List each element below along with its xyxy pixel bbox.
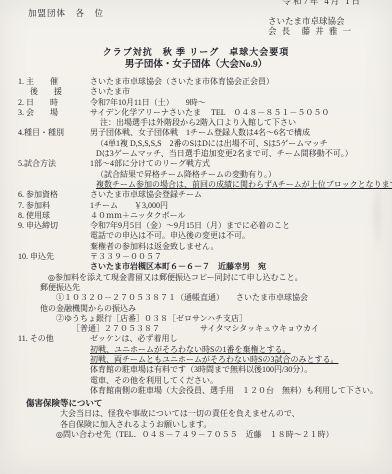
item-label	[0, 365, 90, 375]
item-text-underlined: 初戦、両チームともユニホームがそろわない時Sの3試合のみとする。	[90, 355, 392, 365]
item-row-deadline-note2: 棄権者の参加料は返金致しません。	[0, 242, 392, 252]
item-text: 男子団体戦、女子団体戦 1チーム登録人数は4名～6名で構成	[90, 128, 392, 138]
item-label: 4.種目・種別	[0, 128, 90, 138]
item-label: 8. 使用球	[0, 211, 90, 221]
item-label: 6. 参加資格	[0, 190, 90, 200]
doc-subtitle: 男子団体・女子団体（大会No.9）	[0, 56, 392, 70]
contact-line: ◎問い合わせ先（TEL．０４８－７４９－７０５５ 近藤 １８時～２１時）	[0, 430, 392, 440]
item-label	[0, 149, 90, 159]
item-row-support: 後 援 さいたま市	[0, 87, 392, 97]
insurance-line: 大会当日は、怪我や事故については一切の責任を負えませんので、	[0, 409, 392, 419]
item-text: （4単1複 D,S,S,S,S 2番のSはDには出場不可、Sは5ゲームマッチ	[90, 139, 392, 149]
item-label	[0, 180, 90, 190]
document-body: 1. 主 催 さいたま市卓球協会（さいたま市体育協会正会員） 後 援 さいたま市…	[0, 77, 392, 440]
item-text: （試合結果で昇格チーム降格チームの変動有り。）	[90, 170, 392, 180]
postal-transfer-label: 郵便振込先	[0, 283, 392, 293]
item-label: 10. 申込先	[0, 252, 90, 262]
item-row-apply-address: さいたま市岩槻区本町６－６－７ 近藤幸男 宛	[0, 262, 392, 272]
item-text: 注：出場選手は外階段から2階入口より入館して下さい	[90, 118, 392, 128]
item-row-format-rule: 複数チーム参加の場合は、前回の成績に関わらずAチームが上位ブロックとなります。	[0, 180, 392, 190]
item-text: 1チーム ￥3,000円	[90, 201, 392, 211]
item-text: 1部～4部に分けてのリーグ戦方式	[90, 159, 392, 169]
item-label	[0, 262, 90, 272]
item-row-events-note1: （4単1複 D,S,S,S,S 2番のSはDには出場不可、Sは5ゲームマッチ	[0, 139, 392, 149]
item-label: 1. 主 催	[0, 77, 90, 87]
item-label: 11. その他	[0, 334, 90, 344]
issue-date: 令和7年 4月 1日	[282, 0, 362, 7]
item-row-parking2: 電車、その他を利用してください。	[0, 376, 392, 386]
bank-account-line: ［普通］２７０５３８７ サイタマシタッキュウキョウカイ	[0, 324, 392, 334]
item-row-events-note2: Dは3ゲームマッチ、当日選手追加変更2名まで可、チーム間移動不可。）	[0, 149, 392, 159]
postal-account-line: ①１０３２０－２７０５３８７１（通帳直通） さいたま市卓球協会	[0, 293, 392, 303]
item-text: 令和7年10月11日（土） 9時～	[90, 98, 392, 108]
insurance-heading: 傷害保険等について	[0, 398, 392, 409]
item-label: 9. 申込締切	[0, 221, 90, 231]
item-row-parking1: 体育館の駐車場は有料です（3時間まで無料以後100円/30分）。	[0, 365, 392, 375]
item-row-parking3: 体育館南側の駐車場（大会役員、選手用 １２０台 無料）も利用して下さい。	[0, 386, 392, 396]
item-label: 後 援	[0, 87, 90, 97]
insurance-line: 各自保険に加入されるようお願いします。	[0, 420, 392, 430]
item-label: 7. 参加料	[0, 201, 90, 211]
item-text: 令和7年9月5日（金）～9月15日（月）までに必着のこと	[90, 221, 392, 231]
item-row-apply-zip: 10. 申込先 〒３３９－００５７	[0, 252, 392, 262]
other-bank-label: 他の金融機関からの振込み	[0, 304, 392, 314]
item-row-datetime: 2. 日 時 令和7年10月11日（土） 9時～	[0, 98, 392, 108]
item-label	[0, 386, 90, 396]
item-text: Dは3ゲームマッチ、当日選手追加変更2名まで可、チーム間移動不可。）	[90, 149, 392, 159]
item-label	[0, 242, 90, 252]
item-text: サイデン化学アリーナさいたま TEL ０４８－８５１－５０５０	[90, 108, 392, 118]
item-text-bold: さいたま市岩槻区本町６－６－７ 近藤幸男 宛	[90, 262, 392, 272]
item-text: さいたま市卓球協会（さいたま市体育協会正会員）	[90, 77, 392, 87]
item-row-format-note: （試合結果で昇格チーム降格チームの変動有り。）	[0, 170, 392, 180]
bank-branch-line: ②ゆうちょ銀行［店番］０３８［ゼロサンハチ支店］	[0, 314, 392, 324]
item-row-other-rule1: 初戦、ユニホームがそろわない時Sの1番を棄権とする。	[0, 345, 392, 355]
item-row-deadline-note1: 電話での申込は不可。申込後の変更は不可。	[0, 231, 392, 241]
item-text: ゼッケンは、必ず着用し	[90, 334, 392, 344]
item-text: 〒３３９－００５７	[90, 252, 392, 262]
item-text-underlined: 初戦、ユニホームがそろわない時Sの1番を棄権とする。	[90, 345, 392, 355]
item-label	[0, 345, 90, 355]
item-label	[0, 170, 90, 180]
item-text: 棄権者の参加料は返金致しません。	[90, 242, 392, 252]
item-row-events: 4.種目・種別 男子団体戦、女子団体戦 1チーム登録人数は4名～6名で構成	[0, 128, 392, 138]
president-name: 会 長 藤 井 雅 一	[268, 25, 353, 37]
addressee-line: 加盟団体 各 位	[28, 7, 104, 19]
item-text: さいたま市卓球協会登録チーム	[90, 190, 392, 200]
item-row-deadline: 9. 申込締切 令和7年9月5日（金）～9月15日（月）までに必着のこと	[0, 221, 392, 231]
item-label	[0, 376, 90, 386]
item-label: 5.試合方法	[0, 159, 90, 169]
item-text: ４０ｍｍ＋ニッタクボール	[90, 211, 392, 221]
document-page: 令和7年 4月 1日 加盟団体 各 位 さいたま市卓球協会 会 長 藤 井 雅 …	[0, 0, 392, 474]
payment-note: ◎参加料を添えて現金書留又は郵便振込コピー同封にて申し込むこと。	[0, 273, 392, 283]
item-row-other: 11. その他 ゼッケンは、必ず着用し	[0, 334, 392, 344]
item-label: 2. 日 時	[0, 98, 90, 108]
item-label	[0, 139, 90, 149]
item-row-eligibility: 6. 参加資格 さいたま市卓球協会登録チーム	[0, 190, 392, 200]
item-row-host: 1. 主 催 さいたま市卓球協会（さいたま市体育協会正会員）	[0, 77, 392, 87]
item-row-fee: 7. 参加料 1チーム ￥3,000円	[0, 201, 392, 211]
item-row-venue-note: 注：出場選手は外階段から2階入口より入館して下さい	[0, 118, 392, 128]
item-row-ball: 8. 使用球 ４０ｍｍ＋ニッタクボール	[0, 211, 392, 221]
item-row-format: 5.試合方法 1部～4部に分けてのリーグ戦方式	[0, 159, 392, 169]
item-label	[0, 231, 90, 241]
item-row-venue: 3. 会 場 サイデン化学アリーナさいたま TEL ０４８－８５１－５０５０	[0, 108, 392, 118]
item-text: 体育館の駐車場は有料です（3時間まで無料以後100円/30分）。	[90, 365, 392, 375]
item-text: さいたま市	[90, 87, 392, 97]
item-row-other-rule2: 初戦、両チームともユニホームがそろわない時Sの3試合のみとする。	[0, 355, 392, 365]
item-label: 3. 会 場	[0, 108, 90, 118]
item-text-underlined: 複数チーム参加の場合は、前回の成績に関わらずAチームが上位ブロックとなります。	[90, 180, 392, 190]
item-text: 電車、その他を利用してください。	[90, 376, 392, 386]
item-text: 電話での申込は不可。申込後の変更は不可。	[90, 231, 392, 241]
item-text: 体育館南側の駐車場（大会役員、選手用 １２０台 無料）も利用して下さい。	[90, 386, 392, 396]
item-label	[0, 355, 90, 365]
item-label	[0, 118, 90, 128]
